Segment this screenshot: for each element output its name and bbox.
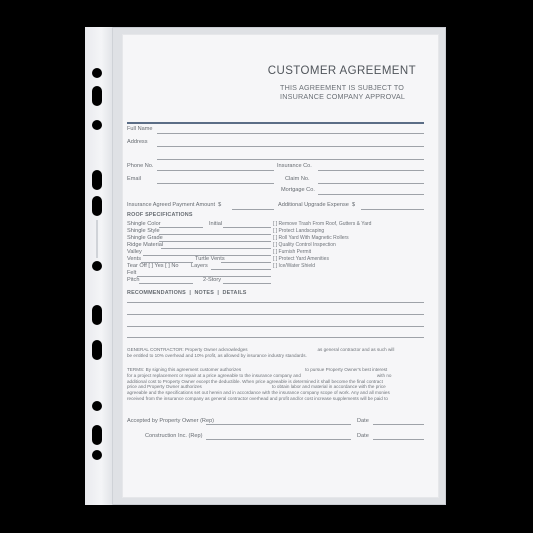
owner-date-label: Date — [357, 418, 369, 424]
claim-no-label: Claim No. — [285, 176, 310, 182]
insurance-payment-label: Insurance Agreed Payment Amount $ — [127, 202, 221, 208]
shingle-color-field[interactable] — [159, 227, 203, 228]
address-label: Address — [127, 139, 148, 145]
checklist-item[interactable]: [ ] Quality Control Inspection — [273, 242, 336, 248]
punch-hole — [92, 86, 102, 106]
strip-marking — [96, 220, 98, 258]
address-field[interactable] — [157, 146, 424, 147]
owner-date-field[interactable] — [373, 424, 424, 425]
owner-signature-field[interactable] — [206, 424, 351, 425]
checklist-item[interactable]: [ ] Roll Yard With Magnetic Rollers — [273, 235, 349, 241]
ridge-material-label: Ridge Material — [127, 242, 163, 248]
contractor-date-field[interactable] — [373, 439, 424, 440]
punch-hole — [92, 170, 102, 190]
layers-field[interactable] — [211, 269, 271, 270]
email-field[interactable] — [157, 183, 274, 184]
punch-hole — [92, 68, 102, 78]
pitch-label: Pitch — [127, 277, 139, 283]
punch-hole — [92, 401, 102, 411]
punch-hole — [92, 120, 102, 130]
upgrade-expense-field[interactable] — [361, 209, 424, 210]
notes-header: RECOMMENDATIONS | NOTES | DETAILS — [127, 290, 247, 296]
shingle-style-field[interactable] — [159, 234, 271, 235]
email-label: Email — [127, 176, 141, 182]
tear-off-yes[interactable]: [ ] Yes — [148, 263, 163, 269]
notes-line[interactable] — [127, 314, 424, 315]
punch-hole — [92, 340, 102, 360]
agreement-form: CUSTOMER AGREEMENT THIS AGREEMENT IS SUB… — [123, 35, 438, 497]
notes-line[interactable] — [127, 326, 424, 327]
mortgage-co-label: Mortgage Co. — [281, 187, 315, 193]
punch-hole — [92, 196, 102, 216]
shingle-style-label: Shingle Style — [127, 228, 160, 234]
insurance-co-label: Insurance Co. — [277, 163, 312, 169]
notes-line[interactable] — [127, 302, 424, 303]
claim-no-field[interactable] — [318, 183, 424, 184]
contractor-signature-label: Construction Inc. (Rep) — [145, 433, 203, 439]
pitch-field[interactable] — [139, 283, 193, 284]
shingle-grade-field[interactable] — [159, 241, 271, 242]
punch-hole — [92, 450, 102, 460]
layers-label: Layers — [191, 263, 208, 269]
upgrade-expense-label: Additional Upgrade Expense $ — [278, 202, 355, 208]
insurance-co-field[interactable] — [318, 170, 424, 171]
phone-field[interactable] — [157, 170, 274, 171]
binder-strip — [85, 27, 113, 505]
felt-label: Felt — [127, 270, 136, 276]
sheet-protector: CUSTOMER AGREEMENT THIS AGREEMENT IS SUB… — [85, 27, 446, 505]
tear-off-no[interactable]: [ ] No — [165, 263, 178, 269]
general-contractor-clause: GENERAL CONTRACTOR: Property Owner ackno… — [127, 347, 427, 359]
full-name-label: Full Name — [127, 126, 153, 132]
two-story-label: 2-Story — [203, 277, 221, 283]
checklist-item[interactable]: [ ] Remove Trash From Roof, Gutters & Ya… — [273, 221, 371, 227]
terms-clause: TERMS: By signing this agreement custome… — [127, 367, 427, 402]
contractor-date-label: Date — [357, 433, 369, 439]
form-subtitle: THIS AGREEMENT IS SUBJECT TO INSURANCE C… — [280, 83, 416, 101]
initial-field[interactable] — [223, 227, 271, 228]
form-title: CUSTOMER AGREEMENT — [268, 65, 416, 77]
punch-hole — [92, 261, 102, 271]
initial-label: Initial — [209, 221, 222, 227]
notes-line[interactable] — [127, 337, 424, 338]
shingle-color-label: Shingle Color — [127, 221, 161, 227]
phone-label: Phone No. — [127, 163, 153, 169]
checklist-item[interactable]: [ ] Furnish Permit — [273, 249, 311, 255]
ridge-material-field[interactable] — [161, 248, 271, 249]
mortgage-co-field[interactable] — [318, 194, 424, 195]
roof-specs-heading: ROOF SPECIFICATIONS — [127, 212, 193, 218]
header-rule — [127, 122, 424, 124]
tear-off-label: Tear Off [ ] Yes [ ] No — [127, 263, 179, 269]
full-name-field[interactable] — [157, 133, 424, 134]
valley-label: Valley — [127, 249, 142, 255]
turtle-vents-field[interactable] — [221, 262, 271, 263]
insurance-payment-field[interactable] — [232, 209, 274, 210]
owner-signature-label: Accepted by Property Owner (Rep) — [127, 418, 214, 424]
punch-hole — [92, 305, 102, 325]
contractor-signature-field[interactable] — [206, 439, 351, 440]
vents-label: Vents — [127, 256, 141, 262]
two-story-field[interactable] — [223, 283, 271, 284]
checklist-item[interactable]: [ ] Ice/Water Shield — [273, 263, 315, 269]
address-field-2[interactable] — [157, 159, 424, 160]
punch-hole — [92, 425, 102, 445]
checklist-item[interactable]: [ ] Protect Landscaping — [273, 228, 324, 234]
checklist-item[interactable]: [ ] Protect Yard Amenities — [273, 256, 329, 262]
shingle-grade-label: Shingle Grade — [127, 235, 163, 241]
